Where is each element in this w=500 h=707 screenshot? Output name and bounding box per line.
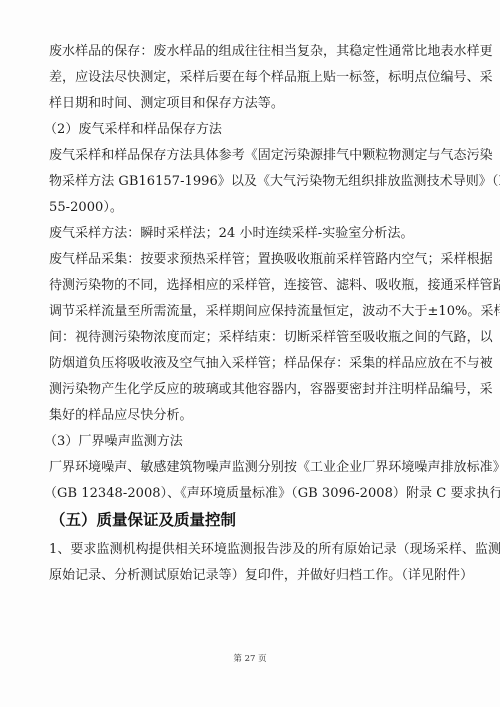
page-number: 第 27 页 (0, 652, 500, 664)
paragraph-line: 废气采样方法：瞬时采样法；24 小时连续采样-实验室分析法。 (49, 226, 451, 242)
paragraph-line: （GB 12348-2008）、《声环境质量标准》（GB 3096-2008）附… (44, 486, 451, 502)
paragraph-line: 厂界环境噪声、敏感建筑物噪声监测分别按《工业企业厂界环境噪声排放标准》 (49, 460, 451, 476)
paragraph-line: 待测污染物的不同，选择相应的采样管，连接管、滤料、吸收瓶，接通采样管路， (49, 278, 451, 294)
paragraph-line: 防烟道负压将吸收液及空气抽入采样管；样品保存：采集的样品应放在不与被 (49, 356, 451, 372)
paragraph-line: 废气采样和样品保存方法具体参考《固定污染源排气中颗粒物测定与气态污染 (49, 148, 451, 164)
paragraph-line: 1、要求监测机构提供相关环境监测报告涉及的所有原始记录（现场采样、监测 (49, 542, 451, 558)
paragraph-line: 原始记录、分析测试原始记录等）复印件，并做好归档工作。（详见附件） (49, 568, 451, 584)
document-page: 废水样品的保存：废水样品的组成往往相当复杂，其稳定性通常比地表水样更 差，应设法… (0, 0, 500, 707)
subsection-title: （3）厂界噪声监测方法 (44, 434, 446, 450)
subsection-title: （2）废气采样和样品保存方法 (44, 122, 446, 138)
paragraph-line: 废水样品的保存：废水样品的组成往往相当复杂，其稳定性通常比地表水样更 (49, 44, 451, 60)
paragraph-line: 差，应设法尽快测定，采样后要在每个样品瓶上贴一标签，标明点位编号、采 (49, 70, 451, 86)
paragraph-line: 55-2000）。 (49, 200, 451, 216)
section-heading: （五）质量保证及质量控制 (50, 510, 236, 530)
paragraph-line: 间：视待测污染物浓度而定；采样结束：切断采样管至吸收瓶之间的气路，以 (49, 330, 451, 346)
paragraph-line: 物采样方法 GB16157-1996》以及《大气污染物无组织排放监测技术导则》（… (49, 174, 451, 190)
paragraph-line: 样日期和时间、测定项目和保存方法等。 (49, 96, 451, 112)
paragraph-line: 调节采样流量至所需流量，采样期间应保持流量恒定，波动不大于±10%。采样时 (49, 304, 451, 320)
paragraph-line: 集好的样品应尽快分析。 (49, 408, 451, 424)
paragraph-line: 测污染物产生化学反应的玻璃或其他容器内，容器要密封并注明样品编号，采 (49, 382, 451, 398)
paragraph-line: 废气样品采集：按要求预热采样管；置换吸收瓶前采样管路内空气；采样根据 (49, 252, 451, 268)
